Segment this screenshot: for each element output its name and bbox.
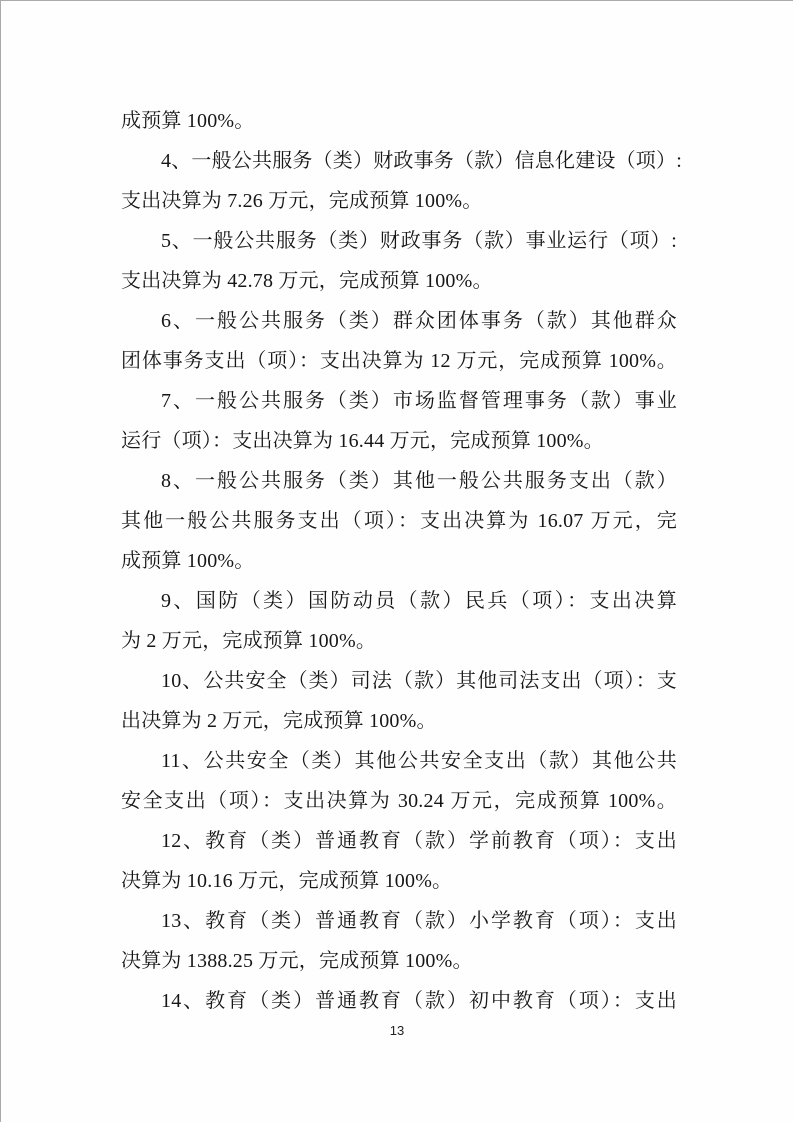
doc-line: 支出决算为 42.78 万元，完成预算 100%。 xyxy=(121,261,677,301)
doc-line: 决算为 10.16 万元，完成预算 100%。 xyxy=(121,861,677,901)
document-body: 成预算 100%。 4、一般公共服务（类）财政事务（款）信息化建设（项）: 支出… xyxy=(121,101,677,1021)
doc-line: 13、教育（类）普通教育（款）小学教育（项）：支出 xyxy=(121,901,677,941)
doc-line: 运行（项）：支出决算为 16.44 万元，完成预算 100%。 xyxy=(121,421,677,461)
doc-line: 6、一般公共服务（类）群众团体事务（款）其他群众 xyxy=(121,301,677,341)
doc-line: 成预算 100%。 xyxy=(121,101,677,141)
doc-line: 团体事务支出（项）：支出决算为 12 万元，完成预算 100%。 xyxy=(121,341,677,381)
doc-line: 14、教育（类）普通教育（款）初中教育（项）：支出 xyxy=(121,981,677,1021)
doc-line: 支出决算为 7.26 万元，完成预算 100%。 xyxy=(121,181,677,221)
doc-line: 7、一般公共服务（类）市场监督管理事务（款）事业 xyxy=(121,381,677,421)
doc-line: 8、一般公共服务（类）其他一般公共服务支出（款） xyxy=(121,461,677,501)
doc-line: 安全支出（项）：支出决算为 30.24 万元，完成预算 100%。 xyxy=(121,781,677,821)
doc-line: 5、一般公共服务（类）财政事务（款）事业运行（项）: xyxy=(121,221,677,261)
doc-line: 为 2 万元，完成预算 100%。 xyxy=(121,621,677,661)
page-number: 13 xyxy=(1,1023,793,1038)
doc-line: 10、公共安全（类）司法（款）其他司法支出（项）：支 xyxy=(121,661,677,701)
doc-line: 成预算 100%。 xyxy=(121,541,677,581)
doc-line: 出决算为 2 万元，完成预算 100%。 xyxy=(121,701,677,741)
doc-line: 4、一般公共服务（类）财政事务（款）信息化建设（项）: xyxy=(121,141,677,181)
doc-line: 12、教育（类）普通教育（款）学前教育（项）：支出 xyxy=(121,821,677,861)
document-page: 成预算 100%。 4、一般公共服务（类）财政事务（款）信息化建设（项）: 支出… xyxy=(0,0,793,1122)
doc-line: 11、公共安全（类）其他公共安全支出（款）其他公共 xyxy=(121,741,677,781)
doc-line: 决算为 1388.25 万元，完成预算 100%。 xyxy=(121,941,677,981)
doc-line: 9、国防（类）国防动员（款）民兵（项）：支出决算 xyxy=(121,581,677,621)
doc-line: 其他一般公共服务支出（项）：支出决算为 16.07 万元，完 xyxy=(121,501,677,541)
